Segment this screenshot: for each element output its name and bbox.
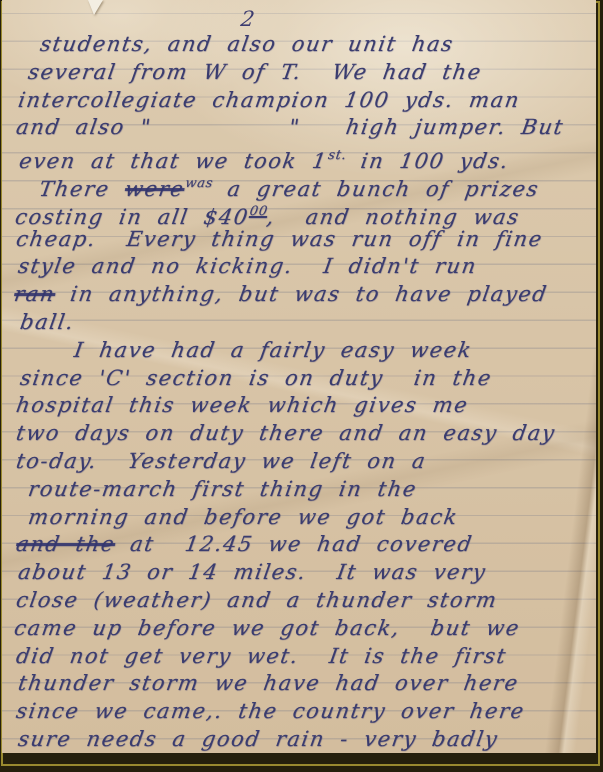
letter-line: morning and before we got back (12, 504, 594, 532)
letter-line: There werewas a great bunch of prizes (12, 170, 594, 198)
letter-segment: sure needs a good rain - very badly (16, 727, 500, 751)
letter-segment: did not get very wet. It is the first (14, 644, 508, 668)
letter-line: and also " " high jumper. But (12, 114, 594, 142)
letter-segment: intercollegiate champion 100 yds. man (16, 88, 522, 112)
letter-segment-strike: and the (14, 532, 117, 556)
letter-segment: since 'C' section is on duty in the (18, 366, 493, 390)
letter-segment-sup: was (184, 176, 214, 191)
letter-segment: in anything, but was to have played (53, 282, 549, 306)
letter-line: did not get very wet. It is the first (12, 643, 594, 671)
letter-line: intercollegiate champion 100 yds. man (12, 87, 594, 115)
letter-line: ball. (12, 309, 594, 337)
letter-line: thunder storm we have had over here (12, 670, 594, 698)
letter-line: two days on duty there and an easy day (12, 420, 594, 448)
letter-segment: two days on duty there and an easy day (14, 421, 557, 445)
letter-segment: about 13 or 14 miles. It was very (16, 560, 488, 584)
letter-segment: came up before we got back, but we (12, 616, 521, 640)
letter-segment: hospital this week which gives me (14, 393, 470, 417)
letter-line: route-march first thing in the (12, 476, 594, 504)
letter-segment: ball. (18, 310, 76, 334)
letter-line: about 13 or 14 miles. It was very (12, 559, 594, 587)
letter-segment: several from W of T. We had the (26, 60, 483, 84)
letter-line: since 'C' section is on duty in the (12, 365, 594, 393)
letter-line: ran in anything, but was to have played (12, 281, 594, 309)
letter-segment: cheap. Every thing was run off in fine (14, 227, 544, 251)
letter-line: to-day. Yesterday we left on a (12, 448, 594, 476)
letter-segment-strike: ran (12, 282, 57, 306)
letter-segment: since we came,. the country over here (14, 699, 526, 723)
letter-paper: 2 students, and also our unit hasseveral… (2, 0, 596, 753)
letter-line: students, and also our unit has (12, 31, 594, 59)
letter-line: since we came,. the country over here (12, 698, 594, 726)
letter-line: and the at 12.45 we had covered (12, 531, 594, 559)
letter-line: came up before we got back, but we (12, 615, 594, 643)
letter-line: even at that we took 1st. in 100 yds. (12, 142, 594, 170)
letter-segment: I have had a fairly easy week (72, 338, 474, 362)
letter-body: students, and also our unit hasseveral f… (12, 0, 590, 754)
letter-segment: at 12.45 we had covered (113, 532, 474, 556)
letter-segment: route-march first thing in the (26, 477, 418, 501)
letter-line: costing in all $4000, and nothing was (12, 198, 594, 226)
letter-line: I have had a fairly easy week (12, 337, 594, 365)
letter-line: cheap. Every thing was run off in fine (12, 226, 594, 254)
letter-segment: morning and before we got back (26, 505, 460, 529)
letter-line: sure needs a good rain - very badly (12, 726, 594, 754)
letter-segment: style and no kicking. I didn't run (16, 254, 478, 278)
letter-line: several from W of T. We had the (12, 59, 594, 87)
letter-segment: students, and also our unit has (38, 32, 455, 56)
letter-line: close (weather) and a thunder storm (12, 587, 594, 615)
letter-segment: thunder storm we have had over here (16, 671, 520, 695)
letter-line: hospital this week which gives me (12, 392, 594, 420)
letter-segment: to-day. Yesterday we left on a (14, 449, 428, 473)
letter-segment: and also " " high jumper. But (14, 115, 565, 139)
letter-segment: close (weather) and a thunder storm (14, 588, 499, 612)
letter-line: style and no kicking. I didn't run (12, 253, 594, 281)
